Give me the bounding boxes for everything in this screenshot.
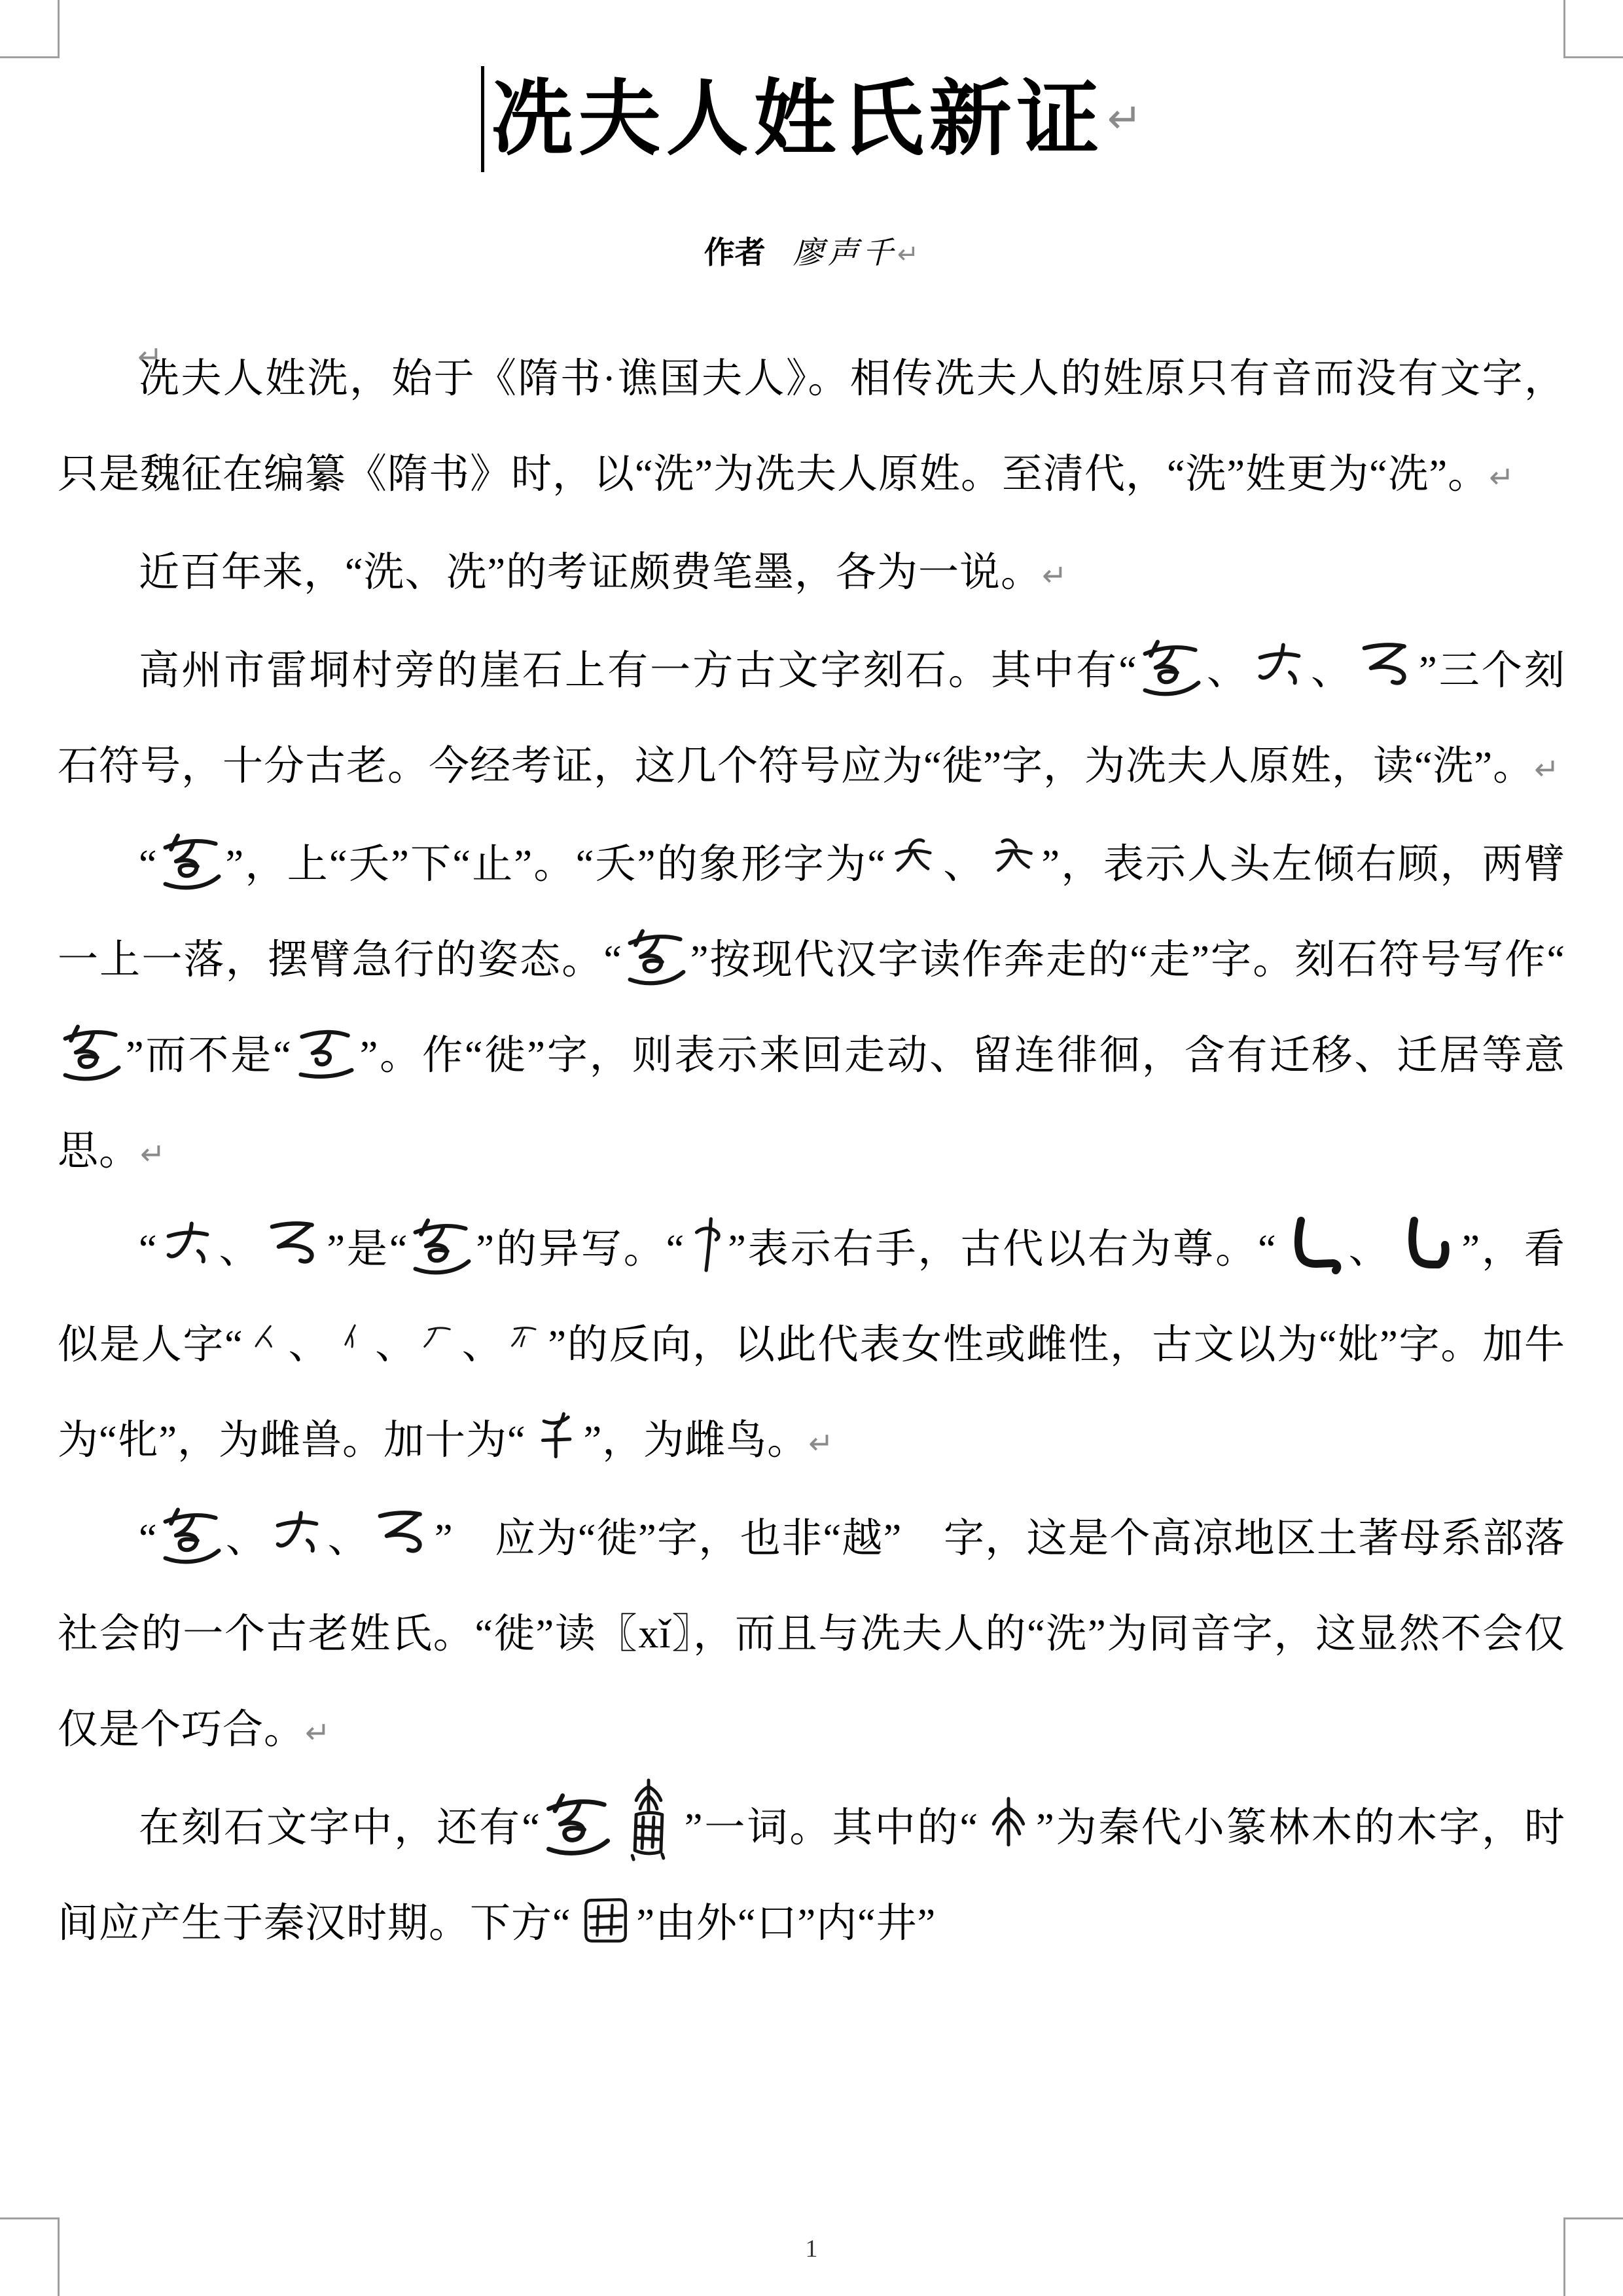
body-text: 冼夫人姓洗，始于《隋书·谯国夫人》。相传冼夫人的姓原只有音而没有文字，只是魏征在…	[58, 357, 1565, 497]
paragraph[interactable]: “”，上“夭”下“止”。“夭”的象形字为“、”，表示人头左倾右顾，两臂一上一落，…	[58, 817, 1565, 1202]
paragraph-mark: ↵	[1489, 459, 1514, 495]
inscription-glyph-person-d	[506, 1357, 545, 1358]
paragraph[interactable]: “、、” 应为“徙”字，也非“越” 字，这是个高凉地区土著母系部落社会的一个古老…	[58, 1491, 1565, 1780]
inscription-glyph-tilted-person-a	[889, 876, 940, 878]
body-text: 、	[226, 1516, 268, 1561]
body-text: 高州市雷垌村旁的崖石上有一方古文字刻石。其中有“	[139, 649, 1137, 693]
inscription-glyph-xi-main	[410, 1261, 473, 1263]
paragraph-mark: ↵	[1534, 751, 1560, 787]
paragraph-mark: ↵	[1107, 95, 1143, 143]
inscription-glyph-hook-left-a	[1279, 1261, 1345, 1263]
paragraph[interactable]: 近百年来，“洗、冼”的考证颇费笔墨，各为一说。↵	[58, 525, 1565, 623]
author-name: 廖声千	[793, 236, 897, 270]
body-text: ”的异写。“	[476, 1227, 685, 1272]
paragraph[interactable]: 冼夫人姓洗，始于《隋书·谯国夫人》。相传冼夫人的姓原只有音而没有文字，只是魏征在…	[58, 331, 1565, 525]
inscription-glyph-xi-main	[160, 1551, 223, 1552]
body-text: 、	[1310, 649, 1353, 693]
body-text: 、	[942, 842, 986, 887]
inscription-glyph-bi-over-shi	[529, 1452, 581, 1454]
body-text: 、	[288, 1323, 330, 1367]
page-number: 1	[0, 2234, 1623, 2263]
document-body[interactable]: 冼夫人姓洗，始于《隋书·谯国夫人》。相传冼夫人的姓原只有音而没有文字，只是魏征在…	[58, 331, 1565, 1971]
body-text: “	[139, 1227, 158, 1272]
body-text: ”按现代汉字读作奔走的“走”字。刻石符号写作“	[690, 938, 1565, 982]
body-text: 在刻石文字中，还有“	[139, 1806, 541, 1850]
body-text: “	[139, 842, 158, 887]
byline[interactable]: 作者廖声千↵	[0, 230, 1623, 278]
paragraph-mark: ↵	[897, 240, 919, 270]
page-margin-crop-mark-top-right	[1563, 0, 1623, 58]
body-text: ”一词。其中的“	[685, 1806, 978, 1850]
paragraph[interactable]: “、”是“”的异写。“”表示右手，古代以右为尊。“、”，看似是人字“、、、”的反…	[58, 1202, 1565, 1491]
inscription-glyph-box-well	[574, 1935, 634, 1937]
inscription-glyph-xi-main	[543, 1840, 610, 1841]
paragraph[interactable]: 在刻石文字中，还有“”一词。其中的“”为秦代小篆林木的木字，时间应产生于秦汉时期…	[58, 1780, 1565, 1971]
inscription-glyph-xi-alt-b	[1356, 683, 1416, 684]
body-text: “	[139, 1516, 158, 1561]
paragraph-mark: ↵	[305, 1715, 330, 1750]
inscription-glyph-person-c	[419, 1357, 459, 1358]
body-text: 、	[461, 1323, 504, 1367]
body-text: 、	[218, 1227, 262, 1272]
page-title: 冼夫人姓氏新证	[491, 78, 1105, 160]
inscription-glyph-person-a	[246, 1357, 285, 1358]
inscription-glyph-tilted-person-b	[988, 876, 1039, 878]
body-text: ”由外“口”内“井”	[637, 1901, 936, 1946]
inscription-glyph-hook-left-b	[1394, 1261, 1459, 1263]
text-cursor	[481, 66, 484, 172]
body-text: ”，为雌鸟。	[584, 1418, 809, 1463]
inscription-glyph-xi-main	[1140, 683, 1203, 684]
inscription-glyph-xi-main	[625, 972, 688, 973]
paragraph-mark: ↵	[140, 1136, 166, 1172]
author-label: 作者	[704, 235, 766, 271]
inscription-glyph-xi-main	[60, 1067, 123, 1069]
body-text: 、	[1205, 649, 1249, 693]
inscription-glyph-xi-alt-a	[270, 1551, 325, 1552]
inscription-glyph-xi-alt-a	[160, 1261, 215, 1263]
inscription-glyph-person-b	[332, 1357, 372, 1358]
body-text: 、	[327, 1516, 369, 1561]
page-margin-crop-mark-top-left	[0, 0, 60, 58]
body-text: 近百年来，“洗、冼”的考证颇费笔墨，各为一说。	[139, 550, 1042, 595]
inscription-glyph-xi-alt-b	[264, 1261, 324, 1263]
inscription-glyph-xi-main	[160, 876, 223, 878]
title-block[interactable]: 冼夫人姓氏新证 ↵	[0, 60, 1623, 178]
body-text: ”表示右手，古代以右为尊。“	[728, 1227, 1276, 1272]
body-text: 、	[374, 1323, 417, 1367]
body-text: ”是“	[327, 1227, 408, 1272]
body-text: ”，上“夭”下“止”。“夭”的象形字为“	[226, 842, 886, 887]
body-text: ”而不是“	[126, 1033, 292, 1078]
document-page[interactable]: 冼夫人姓氏新证 ↵ 作者廖声千↵ ↵ 冼夫人姓洗，始于《隋书·谯国夫人》。相传冼…	[0, 0, 1623, 2296]
inscription-glyph-xi-main-variant	[294, 1067, 357, 1069]
inscription-glyph-xi-alt-b	[372, 1551, 432, 1552]
inscription-glyph-seal-wood	[981, 1840, 1033, 1841]
inscription-glyph-right-hand	[687, 1261, 725, 1263]
inscription-glyph-xi-alt-a	[1252, 683, 1307, 684]
paragraph-mark: ↵	[808, 1426, 834, 1461]
inscription-glyph-wood-over-box	[615, 1840, 682, 1841]
paragraph-mark: ↵	[1042, 558, 1067, 593]
paragraph[interactable]: 高州市雷垌村旁的崖石上有一方古文字刻石。其中有“、、”三个刻石符号，十分古老。今…	[58, 623, 1565, 817]
body-text: 、	[1347, 1227, 1391, 1272]
